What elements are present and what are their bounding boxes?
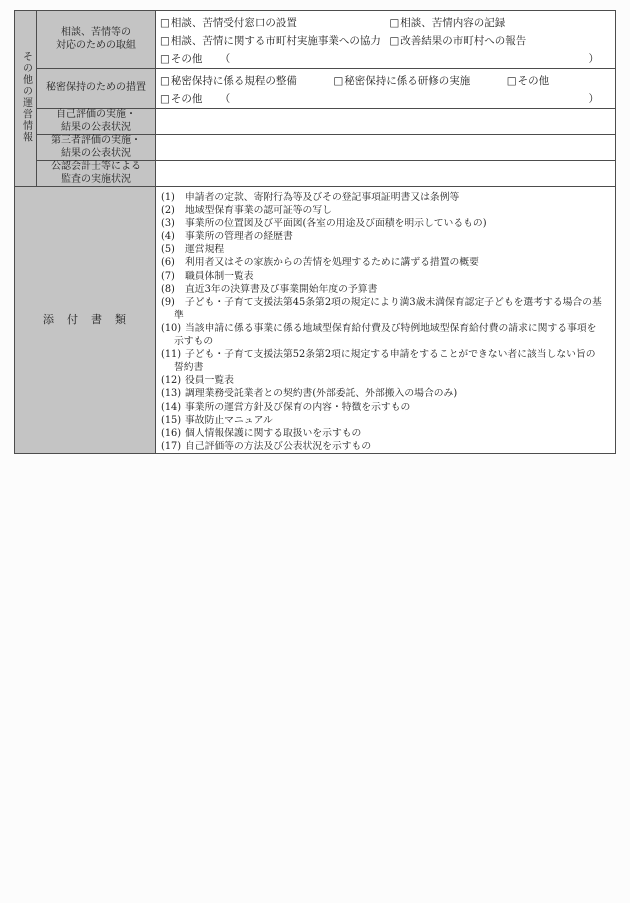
checkbox-icon[interactable]: □ xyxy=(160,35,170,47)
checkbox-line: □秘密保持に係る規程の整備 □秘密保持に係る研修の実施 □その他 xyxy=(156,72,615,90)
other-option-line: □その他 （ ） xyxy=(156,50,615,68)
attachment-item-number: (15) xyxy=(161,414,185,427)
attachment-item-text: 申請者の定款、寄附行為等及びその登記事項証明書又は条例等 xyxy=(185,192,459,203)
attachment-item: (2)地域型保育事業の認可証等の写し xyxy=(161,204,611,217)
attachment-item: (17)自己評価等の方法及び公表状況を示すもの xyxy=(161,440,611,453)
checkbox-option: □秘密保持に係る研修の実施 xyxy=(333,72,503,90)
attachment-item-text: 直近3年の決算書及び事業開始年度の予算書 xyxy=(185,284,377,295)
attachment-item-text: 職員体制一覧表 xyxy=(185,271,254,282)
attachment-item-text: 当該申請に係る事業に係る地域型保育給付費及び特例地域型保育給付費の請求に関する事… xyxy=(174,323,596,347)
attachment-item-number: (12) xyxy=(161,374,185,387)
attachment-item: (8)直近3年の決算書及び事業開始年度の予算書 xyxy=(161,283,611,296)
checkbox-option: □その他 xyxy=(507,72,549,90)
open-paren: （ xyxy=(220,53,231,65)
attachment-item: (10)当該申請に係る事業に係る地域型保育給付費及び特例地域型保育給付費の請求に… xyxy=(161,322,611,348)
attachment-item-number: (1) xyxy=(161,191,185,204)
other-fill-blank[interactable] xyxy=(244,90,585,108)
checkbox-label: 改善結果の市町村への報告 xyxy=(400,35,526,47)
attachment-list: (1)申請者の定款、寄附行為等及びその登記事項証明書又は条例等(2)地域型保育事… xyxy=(156,187,615,453)
checkbox-line: □相談、苦情に関する市町村実施事業への協力 □改善結果の市町村への報告 xyxy=(156,32,615,50)
attachment-item: (9)子ども・子育て支援法第45条第2項の規定により満3歳未満保育認定子どもを選… xyxy=(161,296,611,322)
attachment-item-number: (7) xyxy=(161,270,185,283)
attachments-value-cell: (1)申請者の定款、寄附行為等及びその登記事項証明書又は条例等(2)地域型保育事… xyxy=(156,187,616,454)
checkbox-label: 秘密保持に係る規程の整備 xyxy=(171,75,297,87)
checkbox-option: □秘密保持に係る規程の整備 xyxy=(160,72,330,90)
attachment-item-text: 個人情報保護に関する取扱いを示すもの xyxy=(185,428,361,439)
checkbox-option: □その他 xyxy=(160,50,202,68)
checkbox-option: □その他 xyxy=(160,90,202,108)
attachment-item-text: 役員一覧表 xyxy=(185,375,234,386)
checkbox-icon[interactable]: □ xyxy=(389,35,399,47)
attachment-item: (5)運営規程 xyxy=(161,243,611,256)
attachment-item-text: 運営規程 xyxy=(185,244,224,255)
attachment-item-text: 事業所の運営方針及び保育の内容・特徴を示すもの xyxy=(185,402,410,413)
row-label-third-party-evaluation: 第三者評価の実施・ 結果の公表状況 xyxy=(37,135,156,161)
application-form-table: その他の運営情報 相談、苦情等の 対応のための取組 □相談、苦情受付窓口の設置 … xyxy=(14,10,616,454)
checkbox-label: 相談、苦情に関する市町村実施事業への協力 xyxy=(171,35,381,47)
attachment-item-text: 子ども・子育て支援法第52条第2項に規定する申請をすることができない者に該当しな… xyxy=(174,349,596,373)
attachment-item: (16)個人情報保護に関する取扱いを示すもの xyxy=(161,427,611,440)
section-group-label: その他の運営情報 xyxy=(16,51,36,143)
scanned-form-page: その他の運営情報 相談、苦情等の 対応のための取組 □相談、苦情受付窓口の設置 … xyxy=(0,0,630,903)
attachment-item: (14)事業所の運営方針及び保育の内容・特徴を示すもの xyxy=(161,401,611,414)
checkbox-icon[interactable]: □ xyxy=(160,75,170,87)
attachment-item-text: 地域型保育事業の認可証等の写し xyxy=(185,205,332,216)
checkbox-icon[interactable]: □ xyxy=(389,17,399,29)
attachment-item-number: (2) xyxy=(161,204,185,217)
section-group-cell: その他の運営情報 xyxy=(15,11,37,187)
checkbox-option: □相談、苦情受付窓口の設置 xyxy=(160,14,386,32)
self-evaluation-value-cell xyxy=(156,109,616,135)
attachment-item-number: (4) xyxy=(161,230,185,243)
attachment-item: (1)申請者の定款、寄附行為等及びその登記事項証明書又は条例等 xyxy=(161,191,611,204)
close-paren: ） xyxy=(589,50,600,68)
checkbox-label: 相談、苦情内容の記録 xyxy=(400,17,505,29)
audit-value-cell xyxy=(156,161,616,187)
attachment-item: (12)役員一覧表 xyxy=(161,374,611,387)
row-label-attachments: 添 付 書 類 xyxy=(15,187,156,454)
attachment-item-number: (13) xyxy=(161,387,185,400)
checkbox-label: その他 xyxy=(171,93,203,105)
close-paren: ） xyxy=(589,90,600,108)
attachment-item: (7)職員体制一覧表 xyxy=(161,270,611,283)
row-label-audit: 公認会計士等による 監査の実施状況 xyxy=(37,161,156,187)
third-party-evaluation-value-cell xyxy=(156,135,616,161)
attachment-item-number: (14) xyxy=(161,401,185,414)
attachment-item-text: 利用者又はその家族からの苦情を処理するために講ずる措置の概要 xyxy=(185,257,479,268)
attachment-item-number: (5) xyxy=(161,243,185,256)
attachment-item-number: (11) xyxy=(161,348,185,361)
attachment-item: (4)事業所の管理者の経歴書 xyxy=(161,230,611,243)
attachment-item: (15)事故防止マニュアル xyxy=(161,414,611,427)
checkbox-icon[interactable]: □ xyxy=(507,75,517,87)
attachment-item: (6)利用者又はその家族からの苦情を処理するために講ずる措置の概要 xyxy=(161,256,611,269)
attachment-item-text: 事故防止マニュアル xyxy=(185,415,273,426)
checkbox-icon[interactable]: □ xyxy=(333,75,343,87)
open-paren: （ xyxy=(220,93,231,105)
attachment-item-number: (16) xyxy=(161,427,185,440)
checkbox-label: その他 xyxy=(171,53,203,65)
checkbox-label: 相談、苦情受付窓口の設置 xyxy=(171,17,297,29)
checkbox-icon[interactable]: □ xyxy=(160,17,170,29)
checkbox-icon[interactable]: □ xyxy=(160,93,170,105)
other-option-line: □その他 （ ） xyxy=(156,90,615,108)
attachment-item-number: (17) xyxy=(161,440,185,453)
attachment-item-text: 自己評価等の方法及び公表状況を示すもの xyxy=(185,441,371,452)
row-label-confidentiality: 秘密保持のための措置 xyxy=(37,69,156,109)
row-label-self-evaluation: 自己評価の実施・ 結果の公表状況 xyxy=(37,109,156,135)
confidentiality-value-cell: □秘密保持に係る規程の整備 □秘密保持に係る研修の実施 □その他 □その他 （ … xyxy=(156,69,616,109)
attachment-item-number: (3) xyxy=(161,217,185,230)
consultation-value-cell: □相談、苦情受付窓口の設置 □相談、苦情内容の記録 □相談、苦情に関する市町村実… xyxy=(156,11,616,69)
attachment-item-number: (6) xyxy=(161,256,185,269)
attachment-item: (13)調理業務受託業者との契約書(外部委託、外部搬入の場合のみ) xyxy=(161,387,611,400)
checkbox-line: □相談、苦情受付窓口の設置 □相談、苦情内容の記録 xyxy=(156,14,615,32)
attachment-item-number: (10) xyxy=(161,322,185,335)
attachment-item-number: (8) xyxy=(161,283,185,296)
checkbox-option: □相談、苦情内容の記録 xyxy=(389,14,505,32)
checkbox-option: □改善結果の市町村への報告 xyxy=(389,32,526,50)
checkbox-label: 秘密保持に係る研修の実施 xyxy=(344,75,470,87)
attachment-item: (3)事業所の位置図及び平面図(各室の用途及び面積を明示しているもの) xyxy=(161,217,611,230)
checkbox-option: □相談、苦情に関する市町村実施事業への協力 xyxy=(160,32,386,50)
attachment-item: (11)子ども・子育て支援法第52条第2項に規定する申請をすることができない者に… xyxy=(161,348,611,374)
checkbox-icon[interactable]: □ xyxy=(160,53,170,65)
checkbox-label: その他 xyxy=(518,75,550,87)
attachment-item-text: 事業所の管理者の経歴書 xyxy=(185,231,293,242)
attachment-item-text: 子ども・子育て支援法第45条第2項の規定により満3歳未満保育認定子どもを選考する… xyxy=(174,297,602,321)
attachment-item-text: 調理業務受託業者との契約書(外部委託、外部搬入の場合のみ) xyxy=(185,388,457,399)
row-label-consultation: 相談、苦情等の 対応のための取組 xyxy=(37,11,156,69)
attachment-item-text: 事業所の位置図及び平面図(各室の用途及び面積を明示しているもの) xyxy=(185,218,487,229)
other-fill-blank[interactable] xyxy=(244,50,585,68)
attachment-item-number: (9) xyxy=(161,296,185,309)
